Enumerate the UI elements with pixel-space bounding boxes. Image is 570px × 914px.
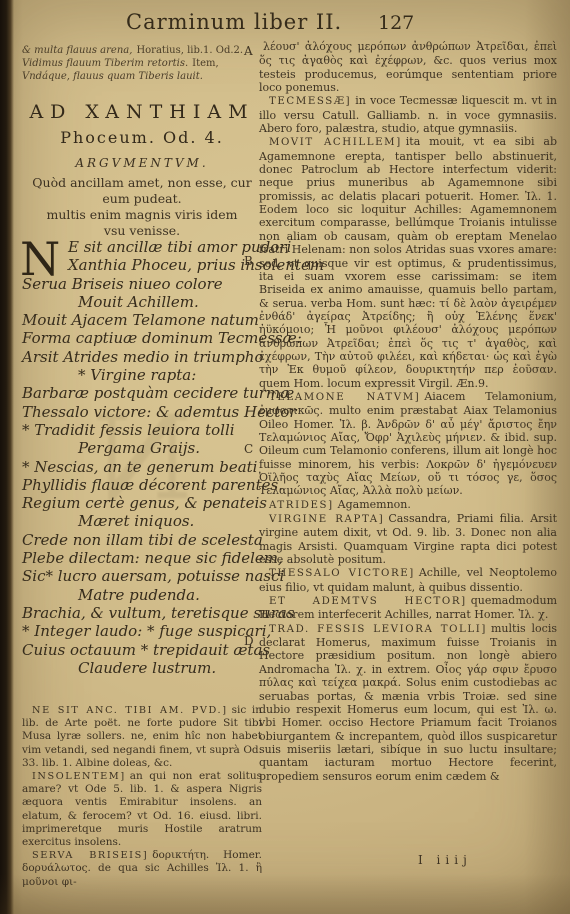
margin-notes: & multa flauus arena,Horatius, lib.1. Od… xyxy=(22,44,262,83)
section-letter: A xyxy=(244,44,253,58)
commentary-lemma: VIRGINE RAPTA] xyxy=(269,514,384,525)
commentary-column: λέουσ' ἀλόχους μερόπων ἀνθρώπων Ἀτρεῖδαι… xyxy=(259,40,557,783)
margin-note: Vndáque, flauus quam Tiberis lauit. xyxy=(22,70,262,83)
poem-line: Barbaræ postquàm cecidere turmæ xyxy=(22,384,266,402)
poem-line: * Tradidit fessis leuiora tolli xyxy=(22,421,266,439)
commentary-text: Aiacem Telamonium, ἐμφατικῶς. multo enim… xyxy=(259,390,557,497)
commentary-paragraph: ET ADEMTVS HECTOR]quemadmodum Hectorem i… xyxy=(259,594,557,622)
margin-note-ref: Horatius, lib.1. Od.2. xyxy=(136,45,243,56)
footnote-paragraph: NE SIT ANC. TIBI AM. PVD.]sic in lib. de… xyxy=(22,704,262,770)
section-letter: D xyxy=(244,634,254,648)
poem-line: Serua Briseis niueo colore xyxy=(22,275,266,293)
commentary-lemma: ET ADEMTVS HECTOR] xyxy=(269,596,467,607)
argument-line: multis enim magnis viris idem xyxy=(22,207,262,223)
commentary-lemma: THESSALO VICTORE] xyxy=(269,568,415,579)
argument-line: Quòd ancillam amet, non esse, cur eum pu… xyxy=(22,175,262,207)
commentary-paragraph: THESSALO VICTORE]Achille, vel Neoptolemo… xyxy=(259,566,557,594)
poem-line: E sit ancillæ tibi amor pudori xyxy=(22,238,266,256)
commentary-paragraph: TELAMONE NATVM]Aiacem Telamonium, ἐμφατι… xyxy=(259,390,557,498)
commentary-paragraph: VIRGINE RAPTA]Cassandra, Priami filia. A… xyxy=(259,512,557,566)
signature-mark: I iiij xyxy=(418,853,472,867)
poem-line: * Integer laudo: * fuge suspicari, xyxy=(22,622,266,640)
footnote-lemma: INSOLENTEM] xyxy=(32,771,126,782)
margin-note-quote: Vidimus flauum Tiberim retortis. xyxy=(22,58,188,69)
margin-note: Vidimus flauum Tiberim retortis.Item, xyxy=(22,57,262,70)
page-edge-shadow xyxy=(0,0,14,914)
commentary-lemma: MOVIT ACHILLEM] xyxy=(269,137,402,148)
margin-note: & multa flauus arena,Horatius, lib.1. Od… xyxy=(22,44,262,57)
commentary-text: ita mouit, vt ea sibi ab Agamemnone erep… xyxy=(259,135,557,389)
ode-heading: AD XANTHIAM Phoceum. Od. 4. xyxy=(22,101,262,147)
book-page-scan: N Carminum liber II. 127 & multa flauus … xyxy=(0,0,570,914)
poem-line: Crede non illam tibi de scelesta xyxy=(22,531,266,549)
commentary-lemma: TRAD. FESSIS LEVIORA TOLLI] xyxy=(269,624,487,635)
commentary-paragraph: MOVIT ACHILLEM]ita mouit, vt ea sibi ab … xyxy=(259,135,557,390)
margin-note-quote: Vndáque, flauus quam Tiberis lauit. xyxy=(22,71,203,82)
poem-line: Thessalo victore: & ademtus Hector xyxy=(22,403,266,421)
ode-poem: E sit ancillæ tibi amor pudori Xanthia P… xyxy=(22,238,266,677)
margin-note-ref: Item, xyxy=(192,58,219,69)
poem-line: Sic* lucro auersam, potuisse nasci xyxy=(22,567,266,585)
section-letter: B xyxy=(244,254,253,268)
poem-line: Matre pudenda. xyxy=(22,586,266,604)
poem-line: Mæret iniquos. xyxy=(22,512,266,530)
poem-line: Xanthia Phoceu, prius insolentem xyxy=(22,256,266,274)
commentary-paragraph: TRAD. FESSIS LEVIORA TOLLI]multis locis … xyxy=(259,622,557,783)
commentary-text: λέουσ' ἀλόχους μερόπων ἀνθρώπων Ἀτρεῖδαι… xyxy=(259,40,557,94)
ode-heading-dedication: AD XANTHIAM xyxy=(22,101,262,123)
footnote-paragraph: SERVA BRISEIS]δορικτήτη. Homer. δορυάλωτ… xyxy=(22,849,262,889)
commentary-text: multis locis declarat Homerus, maximum f… xyxy=(259,622,557,783)
section-letter: C xyxy=(244,442,253,456)
poem-line: Plebe dilectam: neque sic fidelem, xyxy=(22,549,266,567)
running-header-title: Carminum liber II. xyxy=(126,10,342,34)
poem-line: Regium certè genus, & penateis xyxy=(22,494,266,512)
poem-line: Cuius octauum * trepidauit ætas xyxy=(22,641,266,659)
footnote-lemma: NE SIT ANC. TIBI AM. PVD.] xyxy=(32,705,228,716)
commentary-lemma: ATRIDES] xyxy=(269,500,334,511)
commentary-lemma: TELAMONE NATVM] xyxy=(269,392,420,403)
commentary-text: Agamemnon. xyxy=(338,498,411,511)
footnote-paragraph: INSOLENTEM]an qui non erat solitus amare… xyxy=(22,770,262,849)
argument-block: ARGVMENTVM. Quòd ancillam amet, non esse… xyxy=(22,156,262,239)
poem-line: * Nescias, an te generum beati xyxy=(22,458,266,476)
argument-heading: ARGVMENTVM. xyxy=(22,156,262,170)
poem-line: * Virgine rapta: xyxy=(22,366,266,384)
poem-line: Pergama Graijs. xyxy=(22,439,266,457)
poem-line: Forma captiuæ dominum Tecmessæ: xyxy=(22,329,266,347)
commentary-paragraph: ATRIDES]Agamemnon. xyxy=(259,498,557,512)
poem-line: Mouit Achillem. xyxy=(22,293,266,311)
commentary-paragraph: TECMESSÆ]in voce Tecmessæ liquescit m. v… xyxy=(259,94,557,135)
commentary-footnotes: NE SIT ANC. TIBI AM. PVD.]sic in lib. de… xyxy=(22,704,262,889)
poem-line: Arsit Atrides medio in triumpho xyxy=(22,348,266,366)
margin-note-quote: & multa flauus arena, xyxy=(22,45,132,56)
poem-line: Phyllidis flauæ décorent parentes. xyxy=(22,476,266,494)
footnote-lemma: SERVA BRISEIS] xyxy=(32,850,148,861)
argument-text: Quòd ancillam amet, non esse, cur eum pu… xyxy=(22,175,262,239)
commentary-lemma: TECMESSÆ] xyxy=(269,96,351,107)
ode-heading-number: Phoceum. Od. 4. xyxy=(22,128,262,147)
poem-line: Mouit Ajacem Telamone natum xyxy=(22,311,266,329)
poem-line: Brachia, & vultum, teretisque suras xyxy=(22,604,266,622)
page-number: 127 xyxy=(378,12,414,34)
poem-line: Claudere lustrum. xyxy=(22,659,266,677)
commentary-paragraph: λέουσ' ἀλόχους μερόπων ἀνθρώπων Ἀτρεῖδαι… xyxy=(259,40,557,94)
